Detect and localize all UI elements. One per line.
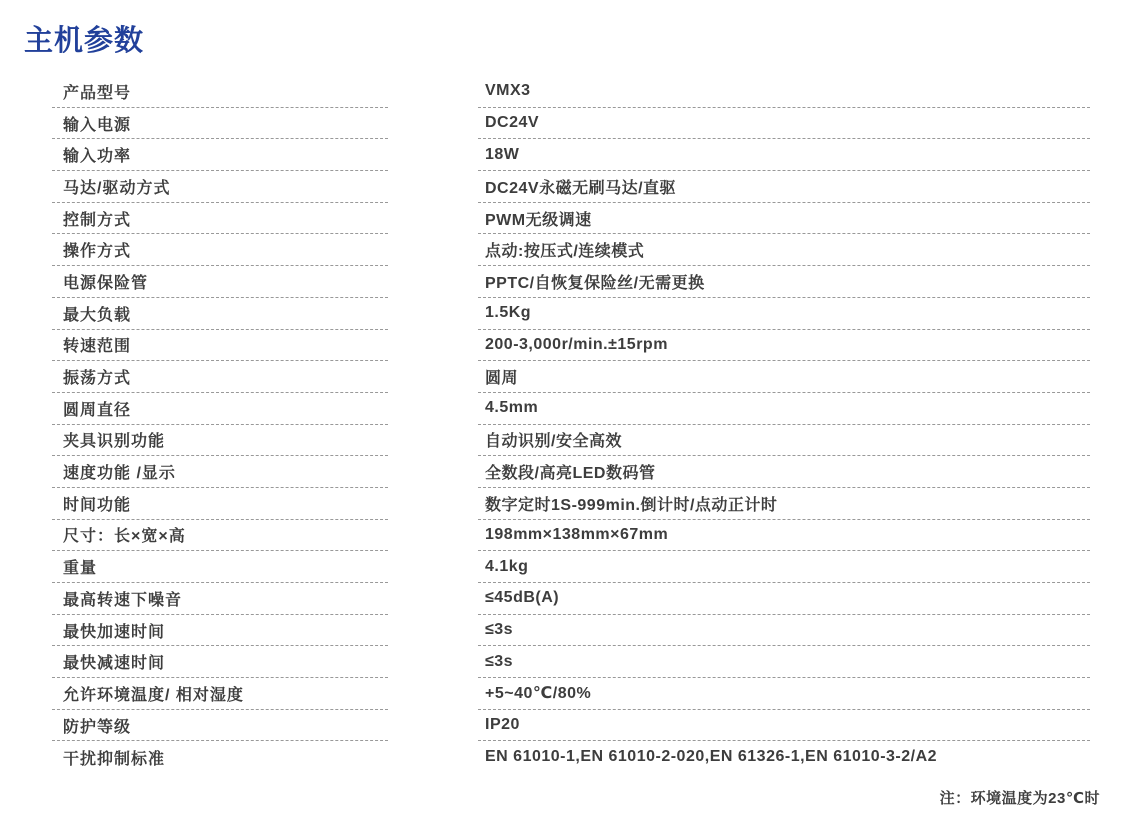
- row-label: 圆周直径: [52, 393, 388, 425]
- table-row: 重量 4.1kg: [52, 551, 1090, 583]
- row-value: +5~40℃/80%: [478, 678, 1090, 710]
- table-row: 最大负载 1.5Kg: [52, 298, 1090, 330]
- row-label: 振荡方式: [52, 361, 388, 393]
- row-value: 4.1kg: [478, 551, 1090, 583]
- table-row: 控制方式 PWM无级调速: [52, 203, 1090, 235]
- row-value: IP20: [478, 710, 1090, 742]
- spec-table: 产品型号 VMX3 输入电源 DC24V 输入功率 18W 马达/驱动方式 DC…: [52, 76, 1090, 773]
- table-row: 圆周直径 4.5mm: [52, 393, 1090, 425]
- table-row: 最快减速时间 ≤3s: [52, 646, 1090, 678]
- table-row: 防护等级 IP20: [52, 710, 1090, 742]
- table-row: 尺寸：长×宽×高 198mm×138mm×67mm: [52, 520, 1090, 552]
- table-row: 转速范围 200-3,000r/min.±15rpm: [52, 330, 1090, 362]
- table-row: 最高转速下噪音 ≤45dB(A): [52, 583, 1090, 615]
- table-row: 干扰抑制标准 EN 61010-1,EN 61010-2-020,EN 6132…: [52, 741, 1090, 773]
- row-label: 转速范围: [52, 330, 388, 362]
- row-value: ≤3s: [478, 615, 1090, 647]
- row-value: 198mm×138mm×67mm: [478, 520, 1090, 552]
- row-label: 最高转速下噪音: [52, 583, 388, 615]
- row-value: 200-3,000r/min.±15rpm: [478, 330, 1090, 362]
- row-value: EN 61010-1,EN 61010-2-020,EN 61326-1,EN …: [478, 741, 1090, 773]
- row-value: 数字定时1S-999min.倒计时/点动正计时: [478, 488, 1090, 520]
- row-value: PWM无级调速: [478, 203, 1090, 235]
- row-label: 控制方式: [52, 203, 388, 235]
- table-row: 马达/驱动方式 DC24V永磁无刷马达/直驱: [52, 171, 1090, 203]
- row-label: 尺寸：长×宽×高: [52, 520, 388, 552]
- table-row: 时间功能 数字定时1S-999min.倒计时/点动正计时: [52, 488, 1090, 520]
- row-label: 重量: [52, 551, 388, 583]
- row-value: 全数段/高亮LED数码管: [478, 456, 1090, 488]
- row-label: 干扰抑制标准: [52, 741, 388, 773]
- row-value: DC24V永磁无刷马达/直驱: [478, 171, 1090, 203]
- row-label: 输入功率: [52, 139, 388, 171]
- row-label: 最大负载: [52, 298, 388, 330]
- row-label: 夹具识别功能: [52, 425, 388, 457]
- row-value: 18W: [478, 139, 1090, 171]
- table-row: 操作方式 点动:按压式/连续模式: [52, 234, 1090, 266]
- table-row: 电源保险管 PPTC/自恢复保险丝/无需更换: [52, 266, 1090, 298]
- row-label: 允许环境温度/ 相对湿度: [52, 678, 388, 710]
- table-row: 振荡方式 圆周: [52, 361, 1090, 393]
- table-row: 输入功率 18W: [52, 139, 1090, 171]
- row-label: 产品型号: [52, 76, 388, 108]
- row-label: 电源保险管: [52, 266, 388, 298]
- row-value: ≤3s: [478, 646, 1090, 678]
- page-title: 主机参数: [24, 18, 144, 59]
- row-label: 速度功能 /显示: [52, 456, 388, 488]
- row-label: 最快加速时间: [52, 615, 388, 647]
- row-label: 操作方式: [52, 234, 388, 266]
- table-row: 产品型号 VMX3: [52, 76, 1090, 108]
- row-label: 输入电源: [52, 108, 388, 140]
- row-label: 时间功能: [52, 488, 388, 520]
- row-value: DC24V: [478, 108, 1090, 140]
- row-value: PPTC/自恢复保险丝/无需更换: [478, 266, 1090, 298]
- table-row: 输入电源 DC24V: [52, 108, 1090, 140]
- row-value: 自动识别/安全高效: [478, 425, 1090, 457]
- footnote: 注：环境温度为23℃时: [940, 787, 1100, 808]
- row-label: 马达/驱动方式: [52, 171, 388, 203]
- row-label: 最快减速时间: [52, 646, 388, 678]
- row-value: 点动:按压式/连续模式: [478, 234, 1090, 266]
- row-value: ≤45dB(A): [478, 583, 1090, 615]
- row-value: VMX3: [478, 76, 1090, 108]
- row-value: 圆周: [478, 361, 1090, 393]
- row-value: 4.5mm: [478, 393, 1090, 425]
- table-row: 最快加速时间 ≤3s: [52, 615, 1090, 647]
- row-value: 1.5Kg: [478, 298, 1090, 330]
- table-row: 允许环境温度/ 相对湿度 +5~40℃/80%: [52, 678, 1090, 710]
- row-label: 防护等级: [52, 710, 388, 742]
- table-row: 夹具识别功能 自动识别/安全高效: [52, 425, 1090, 457]
- table-row: 速度功能 /显示 全数段/高亮LED数码管: [52, 456, 1090, 488]
